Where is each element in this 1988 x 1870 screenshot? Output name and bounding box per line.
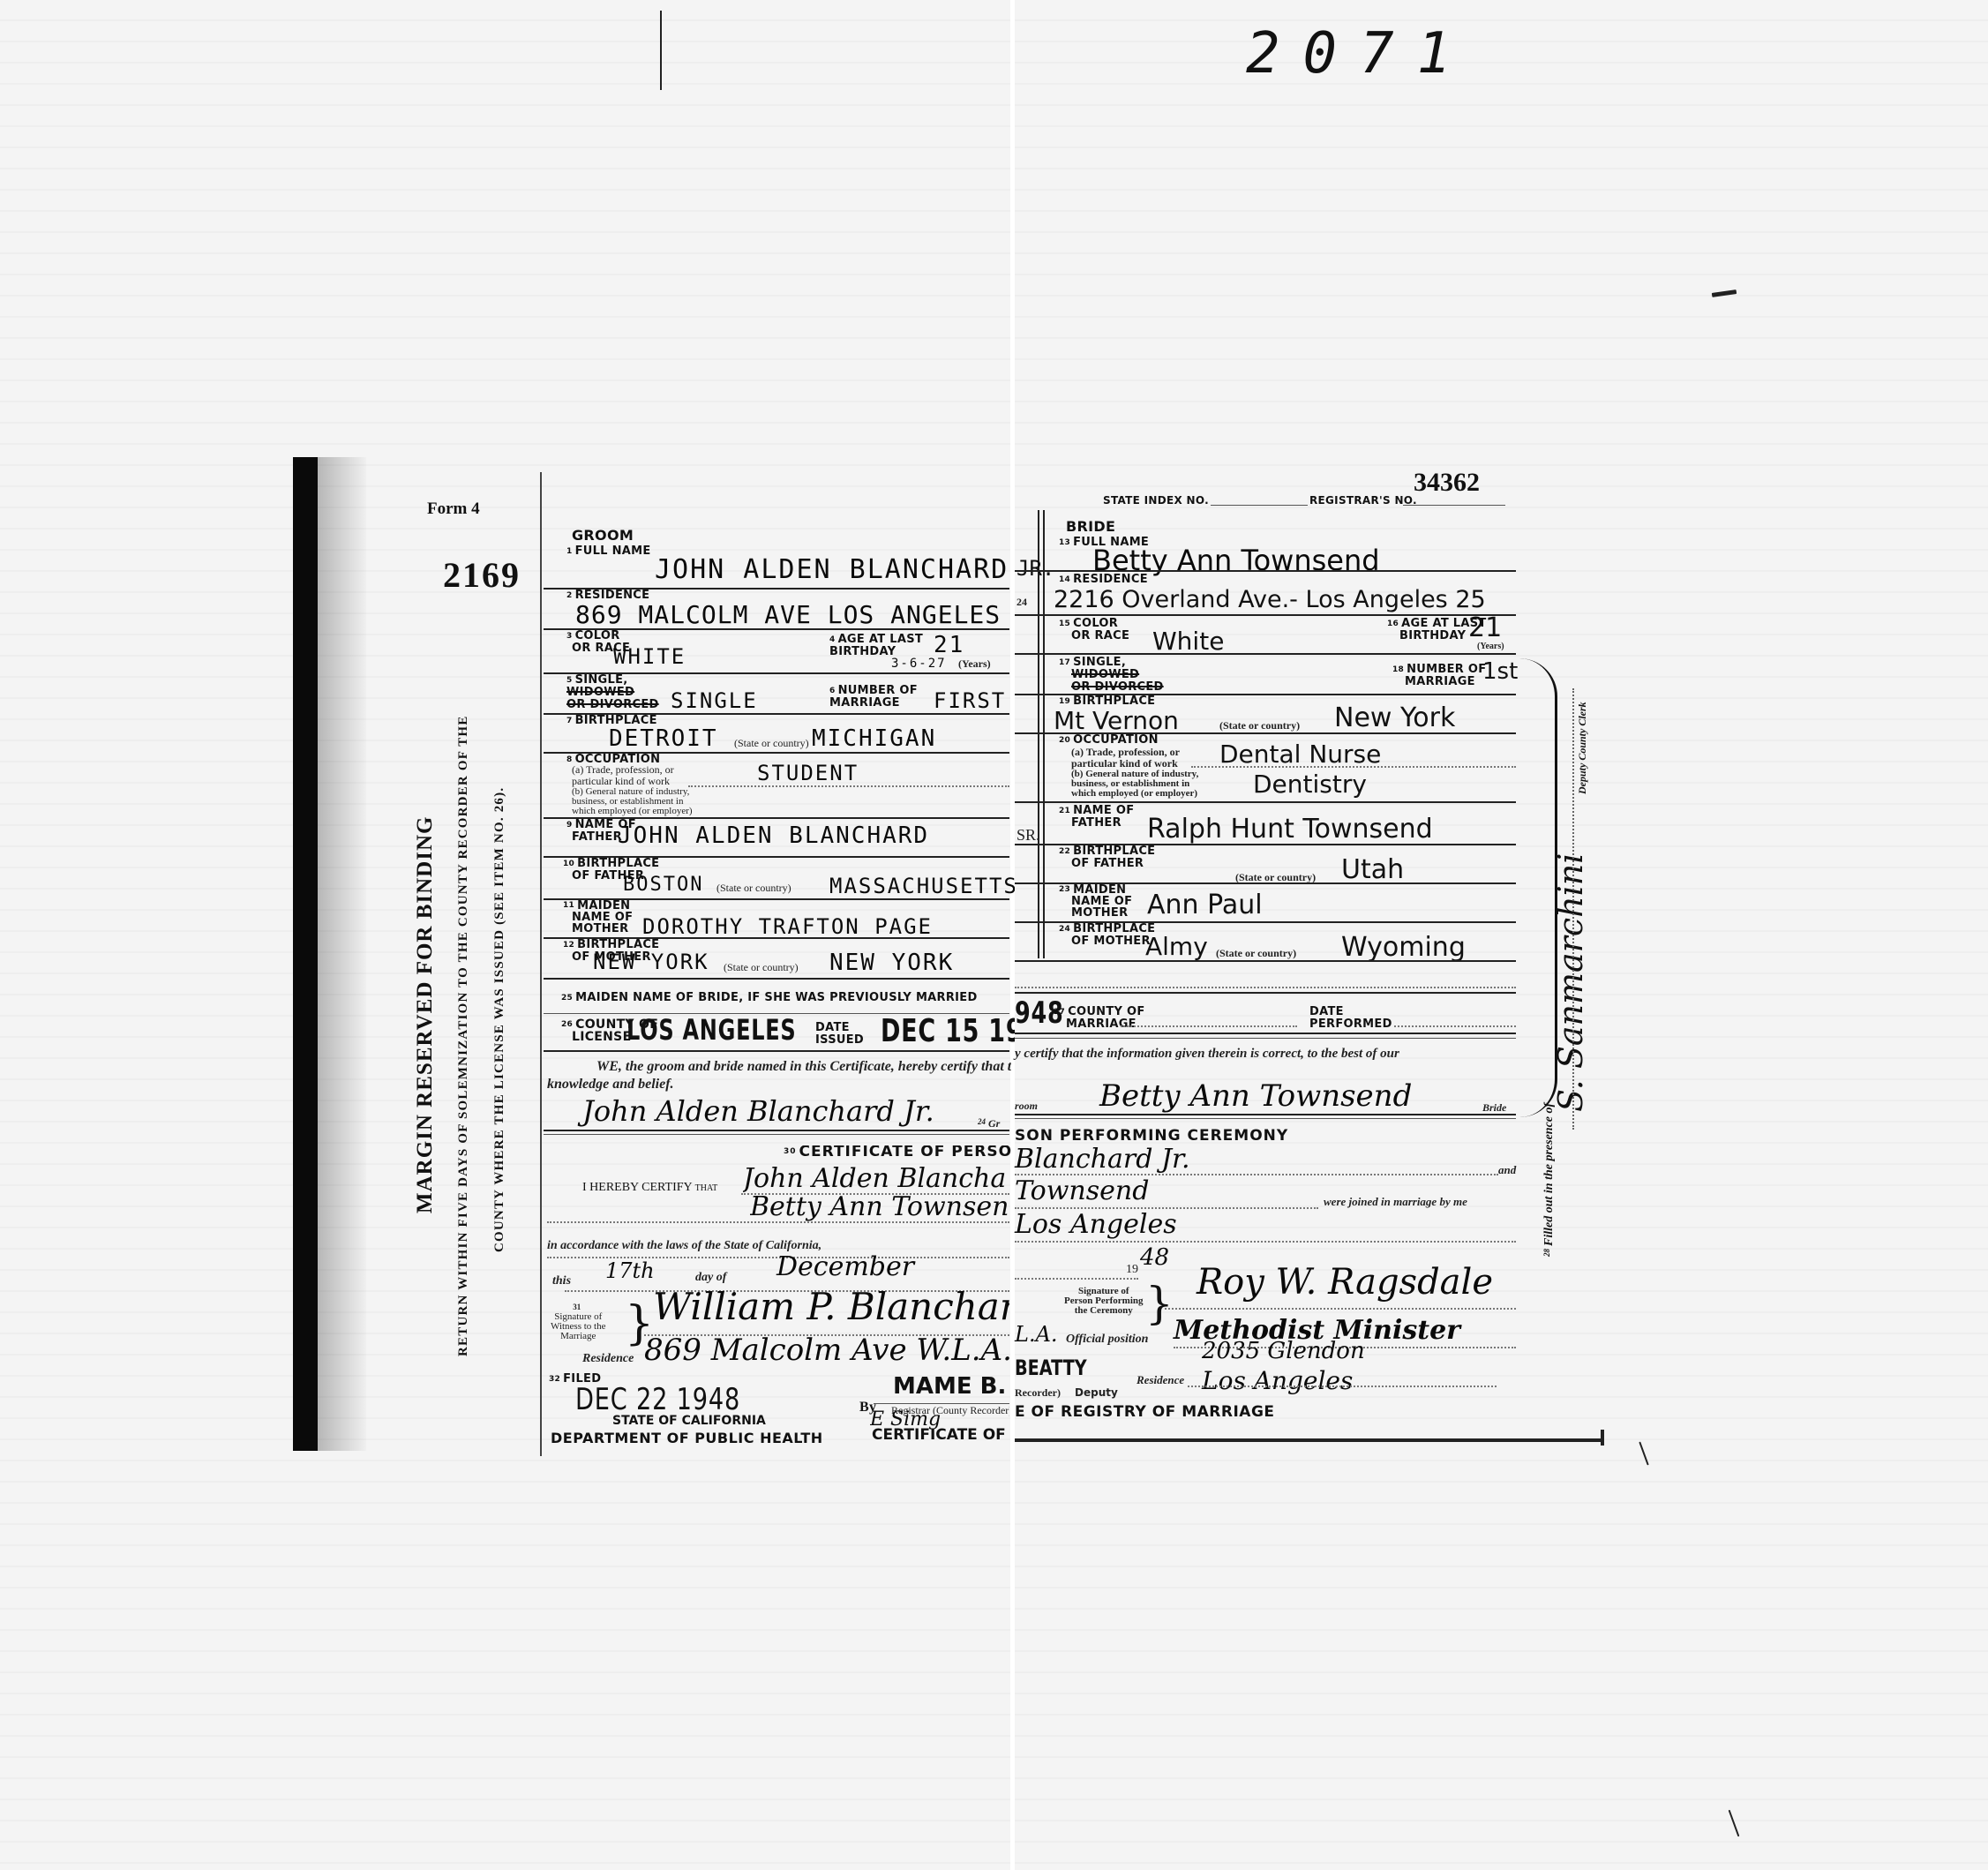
- bride-father-label: 21NAME OFFATHER: [1059, 805, 1134, 830]
- officiant-label: Signature ofPerson Performingthe Ceremon…: [1064, 1287, 1144, 1316]
- rule: [1394, 1025, 1516, 1027]
- rule: [1015, 1114, 1516, 1115]
- binding-edge-shadow: [318, 457, 366, 1451]
- state-index-label: STATE INDEX NO.: [1103, 494, 1209, 507]
- officiant-residence-label: Residence: [1137, 1373, 1184, 1387]
- witness-residence: 869 Malcolm Ave W.L.A.: [644, 1333, 1009, 1368]
- groom-occupation-a-label: (a) Trade, profession, orparticular kind…: [572, 764, 674, 787]
- certificate-title-left: CERTIFICATE OF REGISTRY OF MARRIAGE: [872, 1426, 1009, 1444]
- bride-father-birthplace-state: Utah: [1341, 854, 1404, 885]
- form-left-rule: [540, 472, 542, 1456]
- scan-panel-right: 2071 STATE INDEX NO. REGISTRAR'S NO. 343…: [1015, 0, 1988, 1870]
- witness-label: 31Signature ofWitness to theMarriage: [551, 1303, 606, 1341]
- bride-marriage-number: 1st: [1482, 658, 1518, 685]
- groom-occupation-a: STUDENT: [757, 761, 859, 785]
- officiant-brace: }: [1145, 1278, 1174, 1329]
- bride-mother-name: Ann Paul: [1147, 890, 1263, 920]
- scan-panel-left: Form 4 2169 MARGIN RESERVED FOR BINDING …: [0, 0, 1010, 1870]
- groom-birthplace-state: MICHIGAN: [812, 725, 936, 752]
- margin-return-instruction-2: COUNTY WHERE THE LICENSE WAS ISSUED (SEE…: [492, 787, 507, 1252]
- groom-heading: GROOM: [572, 529, 634, 542]
- officiant-signature: Roy W. Ragsdale: [1197, 1262, 1493, 1303]
- filed-date: DEC 22 1948: [575, 1382, 740, 1417]
- this-label: this: [552, 1274, 571, 1288]
- rule: [1015, 653, 1516, 655]
- clerk-signature-line: [1572, 688, 1574, 1130]
- bride-birthplace-city: Mt Vernon: [1054, 706, 1179, 735]
- groom-mother-birthplace-city: NEW YORK: [593, 950, 709, 974]
- rule: [547, 1221, 1009, 1223]
- declaration-text-line2: knowledge and belief.: [547, 1077, 674, 1093]
- certify-label: I HEREBY CERTIFY that: [582, 1181, 717, 1195]
- groom-marriage-number: FIRST: [934, 688, 1006, 713]
- bride-occupation-b: Dentistry: [1253, 770, 1367, 799]
- form-bottom-tick: [1601, 1430, 1604, 1446]
- rule: [1015, 1241, 1516, 1243]
- bride-color-label: 15COLOROR RACE: [1059, 618, 1129, 642]
- page-number-stamp: 2071: [1246, 21, 1474, 86]
- groom-full-name: JOHN ALDEN BLANCHARD: [655, 554, 1009, 585]
- form-bottom-rule: [1015, 1438, 1602, 1442]
- witness-sig-continuation: L.A.: [1015, 1322, 1058, 1347]
- groom-mother-birthplace-state: NEW YORK: [829, 950, 954, 976]
- ceremony-heading: 30CERTIFICATE OF PERSON PERFORMING CEREM…: [784, 1145, 1013, 1158]
- groom-father-birthplace-state: MASSACHUSETTS: [829, 874, 1018, 898]
- groom-father-suffix: SR.: [1017, 830, 1040, 841]
- position-label: Official position: [1066, 1333, 1148, 1347]
- officiant-residence-line2: Los Angeles: [1202, 1366, 1353, 1395]
- bride-years-label: (Years): [1477, 641, 1504, 652]
- bride-residence: 2216 Overland Ave.- Los Angeles 25: [1054, 586, 1486, 613]
- registrar-field: [1403, 505, 1505, 506]
- rule: [544, 1134, 1009, 1135]
- groom-mother-name: DOROTHY TRAFTON PAGE: [642, 914, 933, 939]
- date-issued-label: DATEISSUED: [815, 1022, 864, 1047]
- bride-signature-label: Bride: [1482, 1101, 1506, 1115]
- groom-marriage-number-label: 6NUMBER OFMARRIAGE: [829, 685, 918, 710]
- rule: [1015, 960, 1516, 962]
- clerk-presence-label: 28Filled out in the presence of: [1542, 1103, 1557, 1257]
- groom-mother-state-label: (State or country): [724, 962, 799, 973]
- declaration-text-line1: WE, the groom and bride named in this Ce…: [596, 1059, 1011, 1075]
- rule: [1015, 992, 1516, 994]
- certificate-title-continuation: E OF REGISTRY OF MARRIAGE: [1015, 1403, 1275, 1421]
- groom-full-name-label: 1FULL NAME: [566, 545, 651, 558]
- rule: [1015, 614, 1516, 616]
- bride-mother-birthplace-state: Wyoming: [1341, 932, 1466, 963]
- rule: [874, 1403, 1009, 1404]
- bride-residence-label: 14RESIDENCE: [1059, 574, 1148, 586]
- groom-marital-label: 5SINGLE,WIDOWEDOR DIVORCED: [566, 674, 659, 711]
- ceremony-party2-continuation: Townsend: [1015, 1175, 1149, 1206]
- ceremony-party1-continuation: Blanchard Jr.: [1015, 1144, 1190, 1175]
- agency-state: STATE OF CALIFORNIA: [612, 1414, 766, 1428]
- agency-department: DEPARTMENT OF PUBLIC HEALTH: [551, 1430, 823, 1446]
- officiant-residence-line1: 2035 Glendon: [1202, 1338, 1365, 1364]
- ceremony-year-suffix: 48: [1140, 1244, 1169, 1271]
- groom-father-name: JOHN ALDEN BLANCHARD: [618, 822, 929, 849]
- rule: [544, 978, 1009, 980]
- rule: [1015, 987, 1516, 988]
- rule: [1188, 1386, 1497, 1387]
- rule: [1015, 1118, 1516, 1119]
- bride-mother-state-label: (State or country): [1216, 948, 1296, 959]
- groom-residence-zip: 24: [1017, 597, 1027, 608]
- bride-marriage-number-label: 18NUMBER OFMARRIAGE: [1392, 664, 1486, 688]
- ceremony-party1: John Alden Blanchard Jr.: [743, 1163, 1008, 1194]
- groom-state-or-country-label: (State or country): [734, 738, 809, 749]
- state-index-field: [1211, 505, 1308, 506]
- groom-signature-label: 24Gr: [978, 1117, 1000, 1130]
- ceremony-heading-continuation: SON PERFORMING CEREMONY: [1015, 1130, 1288, 1142]
- ceremony-day: 17th: [605, 1258, 655, 1283]
- recorder-title-continuation: Recorder): [1015, 1387, 1061, 1399]
- local-file-number: 2169: [443, 554, 521, 596]
- bride-mother-birthplace-city: Almy: [1145, 932, 1208, 961]
- rule: [1015, 1033, 1516, 1034]
- bride-occupation-b-label: (b) General nature of industry,business,…: [1071, 770, 1198, 799]
- bride-father-birthplace-label: 22BIRTHPLACEOF FATHER: [1059, 845, 1155, 870]
- recorder-name: MAME B. BEATTY: [893, 1373, 1011, 1400]
- rule: [1121, 1025, 1297, 1027]
- scan-mark: [1729, 1810, 1740, 1837]
- joined-label: were joined in marriage by me: [1324, 1195, 1467, 1209]
- form-label: Form 4: [427, 499, 480, 519]
- rule: [1015, 1278, 1138, 1280]
- bride-mother-birthplace-label: 24BIRTHPLACEOF MOTHER: [1059, 923, 1155, 948]
- groom-mother-label: 11MAIDENNAME OFMOTHER: [563, 900, 633, 935]
- bride-occupation-a-label: (a) Trade, profession, orparticular kind…: [1071, 747, 1180, 770]
- clerk-title: Deputy County Clerk: [1576, 702, 1589, 794]
- groom-color: WHITE: [613, 644, 686, 669]
- bride-occupation-a: Dental Nurse: [1219, 740, 1381, 769]
- deputy-label: Deputy: [1075, 1387, 1118, 1399]
- bride-heading: BRIDE: [1066, 521, 1115, 533]
- binding-strip: [293, 457, 318, 1451]
- bride-father-name: Ralph Hunt Townsend: [1147, 814, 1433, 845]
- groom-residence: 869 MALCOLM AVE LOS ANGELES: [575, 600, 1001, 629]
- scan-mark: [1712, 289, 1737, 297]
- groom-birthplace-city: DETROIT: [609, 725, 718, 752]
- bride-signature: Betty Ann Townsend: [1099, 1078, 1412, 1114]
- rule: [1015, 570, 1516, 572]
- scan-mark: [1639, 1442, 1648, 1466]
- bride-age: 21: [1468, 612, 1502, 643]
- date-performed-label: DATEPERFORMED: [1309, 1006, 1392, 1031]
- ceremony-year-prefix: 19: [1126, 1264, 1138, 1275]
- recorder-name-continuation: BEATTY: [1015, 1356, 1087, 1380]
- scan-registration-mark: [660, 11, 662, 90]
- witness-signature: William P. Blanchard: [653, 1285, 1009, 1328]
- groom-signature: John Alden Blanchard Jr.: [582, 1094, 934, 1128]
- groom-occupation-b-label: (b) General nature of industry,business,…: [572, 787, 693, 816]
- registrar-number: 34362: [1414, 468, 1480, 498]
- bride-state-or-country-label: (State or country): [1219, 720, 1300, 732]
- rule: [1015, 801, 1516, 803]
- groom-birth-date-note: 3-6-27: [891, 657, 947, 671]
- groom-father-state-label: (State or country): [716, 882, 791, 894]
- groom-age: 21: [934, 632, 964, 658]
- groom-marital-status: SINGLE: [671, 688, 758, 713]
- ceremony-month: December: [776, 1251, 914, 1282]
- rule: [544, 1130, 1009, 1131]
- margin-binding-title: MARGIN RESERVED FOR BINDING: [413, 816, 438, 1213]
- bride-color: White: [1152, 627, 1224, 656]
- rule: [688, 785, 1009, 787]
- rule: [741, 1193, 1009, 1195]
- day-of-label: day of: [695, 1271, 726, 1285]
- rule: [1191, 766, 1516, 768]
- margin-return-instruction-1: RETURN WITHIN FIVE DAYS OF SOLEMNIZATION…: [456, 716, 471, 1357]
- groom-full-name-suffix: JR.: [1017, 556, 1054, 581]
- and-label: and: [1498, 1163, 1516, 1177]
- rule: [1015, 1038, 1516, 1039]
- groom-father-birthplace-city: BOSTON: [623, 874, 703, 896]
- declaration-continuation: y certify that the information given the…: [1015, 1047, 1399, 1062]
- county-of-license: LOS ANGELES: [626, 1013, 796, 1047]
- rule: [544, 1050, 1009, 1052]
- bride-occupation-label: 20OCCUPATION: [1059, 734, 1159, 747]
- bride-mother-label: 23MAIDENNAME OFMOTHER: [1059, 884, 1132, 919]
- ceremony-party2: Betty Ann Townsend: [750, 1191, 1009, 1222]
- ceremony-place: Los Angeles: [1015, 1209, 1177, 1240]
- groom-label-continuation: room: [1015, 1100, 1038, 1113]
- clerk-bracket: [1519, 658, 1557, 1117]
- maiden-name-of-bride-label: 25MAIDEN NAME OF BRIDE, IF SHE WAS PREVI…: [561, 992, 978, 1004]
- bride-marital-label: 17SINGLE,WIDOWEDOR DIVORCED: [1059, 657, 1164, 694]
- registrar-label: REGISTRAR'S NO.: [1309, 494, 1417, 507]
- witness-residence-label: Residence: [582, 1352, 634, 1366]
- groom-age-label: 4AGE AT LASTBIRTHDAY: [829, 634, 923, 658]
- groom-years-label: (Years): [958, 658, 991, 670]
- rule: [1165, 1308, 1516, 1310]
- bride-birthplace-state: New York: [1334, 702, 1455, 733]
